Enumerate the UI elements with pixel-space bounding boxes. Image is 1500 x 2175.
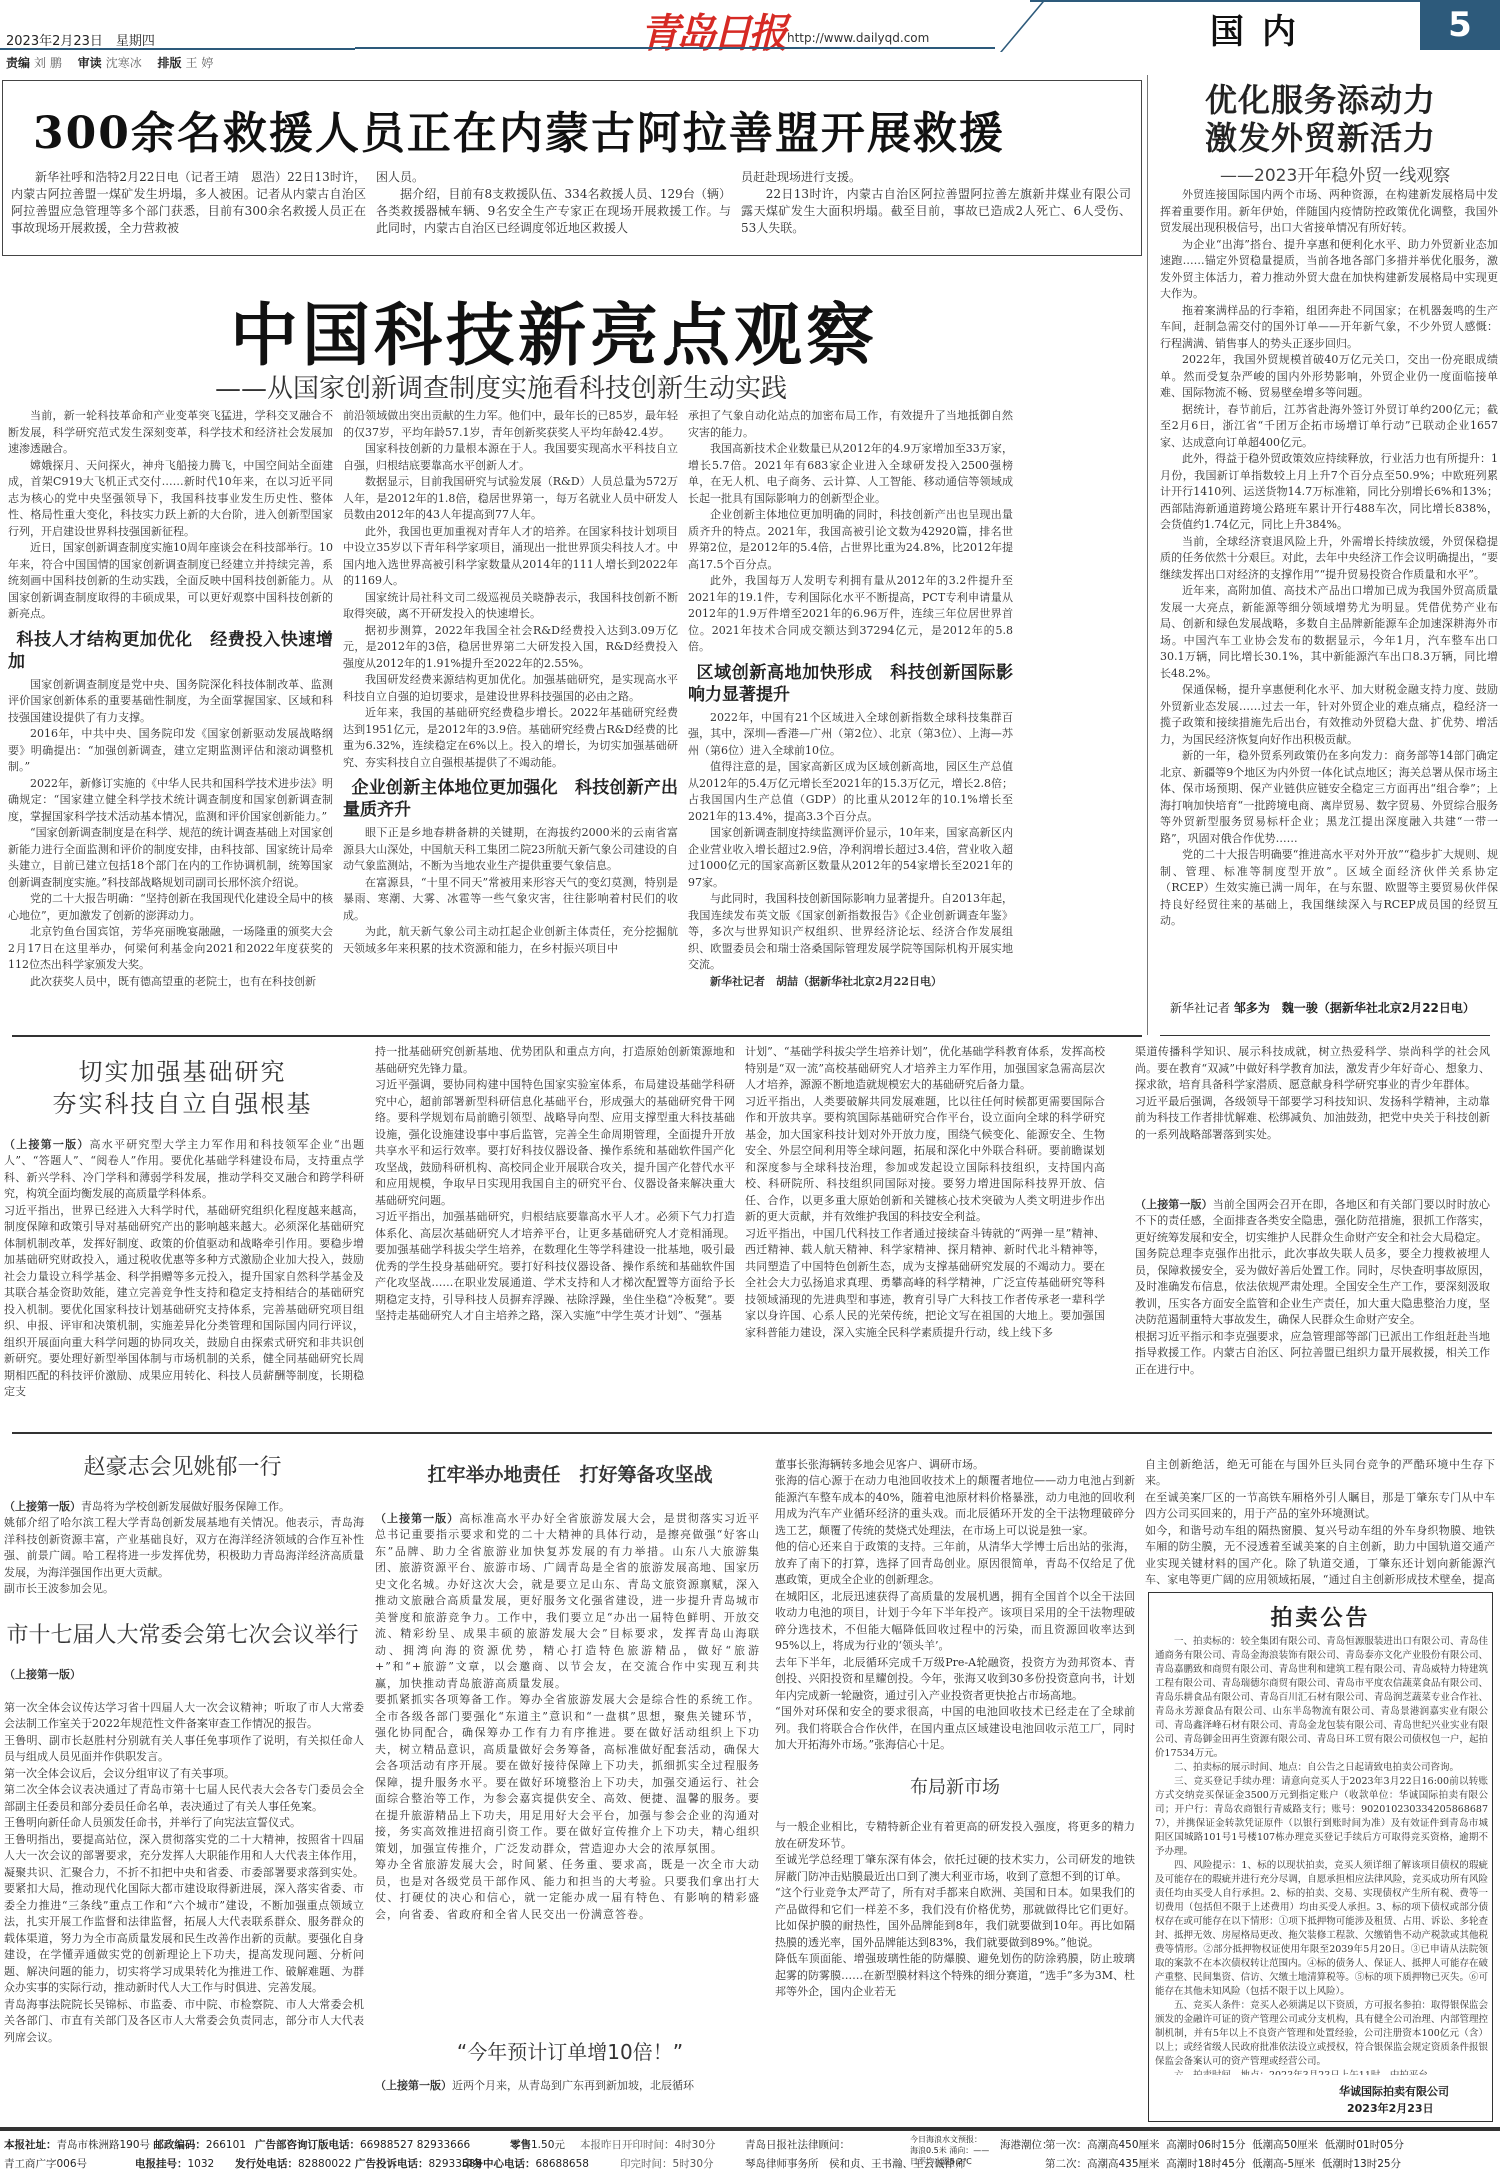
editor-role: 责编 — [6, 56, 30, 70]
masthead-slant-divider — [1000, 0, 1046, 52]
zhao-body: （上接第一版）青岛将为学校创新发展做好服务保障工作。 姚郁介绍了哈尔滨工程大学青… — [4, 1482, 364, 1600]
issue-date: 2023年2月23日 星期四 — [6, 30, 155, 49]
tide-row-1: 第一次：高潮高450厘米 高潮时06时15分 低潮高50厘米 低潮时01时05分 — [1045, 2137, 1404, 2152]
research-col-4: 渠道传播科学知识、展示科技成就，树立热爱科学、崇尚科学的社会风尚。要在教育“双减… — [1135, 1044, 1490, 1154]
trade-headline-line2: 激发外贸新活力 — [1205, 113, 1436, 159]
trade-body: 外贸连接国际国内两个市场、两种资源，在构建新发展格局中发挥着重要作用。新年伊始，… — [1160, 187, 1498, 997]
masthead-top-rule — [1030, 0, 1470, 2]
print-end: 印完时间：5时30分 — [620, 2156, 714, 2171]
editor-credits: 责编刘 鹏 审读沈寒冰 排版王 婷 — [6, 54, 225, 71]
auction-body: 一、拍卖标的：较全集团有限公司、青岛恒源服装进出口有限公司、青岛佳通商务有限公司… — [1155, 1635, 1488, 2075]
layout-name: 王 婷 — [186, 56, 214, 70]
website-url[interactable]: http://www.dailyqd.com — [787, 31, 929, 45]
section-divider — [12, 1035, 1142, 1037]
lawyer-label: 青岛日报社法律顾问： — [745, 2137, 850, 2152]
npc-headline: 市十七届人大常委会第七次会议举行 — [0, 1618, 365, 1649]
editor-name: 刘 鹏 — [34, 56, 62, 70]
print-start: 本报昨日开印时间：4时30分 — [580, 2137, 716, 2152]
proofreader-role: 审读 — [78, 56, 102, 70]
rescue-headline: 300余名救援人员正在内蒙古阿拉善盟开展救援 — [33, 97, 1005, 161]
auction-notice: 拍卖公告 一、拍卖标的：较全集团有限公司、青岛恒源服装进出口有限公司、青岛佳通商… — [1148, 1592, 1493, 2122]
research-headline-line1: 切实加强基础研究 — [0, 1052, 365, 1087]
telegram: 电报挂号：1032 — [135, 2156, 214, 2171]
footer-imprint: 本报社址：青岛市株洲路190号 邮政编码：266101 广告部咨询订版电话：66… — [0, 2127, 1500, 2175]
beichen-col-2: 自主创新绝活，绝无可能在与国外巨头同台竞争的严酷环境中生存下来。 在至诚美案厂区… — [1145, 1440, 1495, 1585]
zhao-article: 赵豪志会见姚郁一行 （上接第一版）青岛将为学校创新发展做好服务保障工作。 姚郁介… — [0, 1440, 365, 1600]
retail-price: 零售1.50元 — [510, 2137, 565, 2152]
page-number: 5 — [1420, 0, 1500, 50]
masthead: 2023年2月23日 星期四 青岛日报 http://www.dailyqd.c… — [0, 0, 1500, 55]
beichen-col-1: 董事长张海辆转多地会见客户、调研市场。 张海的信心源于在动力电池回收技术上的颠覆… — [775, 1440, 1135, 2125]
rescue-col-1: 新华社呼和浩特2月22日电（记者王靖 恩浩）22日13时许，内蒙古阿拉善盟一煤矿… — [11, 169, 366, 249]
column-divider — [1147, 75, 1148, 1035]
newspaper-logo: 青岛日报 — [640, 2, 784, 59]
beichen-subhead: 布局新市场 — [775, 1780, 1135, 1797]
ad-phone: 广告部咨询订版电话：66988527 82933666 — [255, 2137, 470, 2152]
auction-date: 2023年2月23日 — [1347, 2100, 1434, 2116]
orders-article: “今年预计订单增10倍！” （上接第一版）近两个月来，从青岛到广东再到新加坡，北… — [375, 2030, 765, 2125]
rescue-col-3: 员赶赴现场进行支援。 22日13时许，内蒙古自治区阿拉善盟阿拉善左旗新井煤业有限… — [741, 169, 1131, 249]
orders-intro: （上接第一版）近两个月来，从青岛到广东再到新加坡，北辰循环 — [375, 2078, 760, 2118]
tourism-headline: 扛牢举办地责任 打好筹备攻坚战 — [375, 1460, 765, 1487]
masthead-rule — [0, 48, 355, 50]
research-article: 切实加强基础研究 夯实科技自立自强根基 （上接第一版）高水平研究型大学主力军作用… — [0, 1040, 1500, 1425]
address: 本报社址：青岛市株洲路190号 邮政编码：266101 — [4, 2137, 246, 2152]
research-headline-line2: 夯实科技自立自强根基 — [0, 1084, 365, 1119]
zhao-headline: 赵豪志会见姚郁一行 — [0, 1450, 365, 1481]
tourism-article: 扛牢举办地责任 打好筹备攻坚战 （上接第一版）高标准高水平办好全省旅游发展大会，… — [375, 1440, 765, 2000]
tourism-body: （上接第一版）高标准高水平办好全省旅游发展大会，是贯彻落实习近平总书记重要指示要… — [375, 1494, 760, 1994]
tech-subhead-3: 区域创新高地加快形成 科技创新国际影响力显著提升 — [688, 662, 1013, 706]
tech-article: 中国科技新亮点观察 ——从国家创新调查制度实施看科技创新生动实践 当前，新一轮科… — [0, 260, 1140, 1020]
tide-row-2: 第二次：高潮高435厘米 高潮时18时45分 低潮高-5厘米 低潮时13时25分 — [1045, 2156, 1401, 2171]
tech-col-3: 承担了气象自动化站点的加密布局工作，有效提升了当地抵御自然灾害的能力。 我国高新… — [688, 408, 1013, 1018]
tech-headline: 中国科技新亮点观察 — [230, 282, 878, 379]
masthead-rule-2 — [355, 47, 995, 49]
research-col-1: （上接第一版）高水平研究型大学主力军作用和科技领军企业“出题人”、“答题人”、“… — [4, 1120, 364, 1420]
byline-names: 邹多为 魏一骏（据新华社北京2月22日电） — [1234, 1001, 1475, 1015]
tech-subtitle: ——从国家创新调查制度实施看科技创新生动实践 — [215, 368, 787, 405]
research-col-2: 持一批基础研究创新基地、优势团队和重点方向，打造原始创新策源地和基础研究先锋力量… — [375, 1044, 735, 1420]
tech-col-2: 前沿领域做出突出贡献的生力军。他们中，最年长的已85岁，最年轻的仅37岁，平均年… — [343, 408, 678, 1018]
license: 青工商广字006号 — [4, 2156, 87, 2171]
section-divider-2 — [12, 1432, 1492, 1434]
tech-subhead-1: 科技人才结构更加优化 经费投入快速增加 — [8, 629, 333, 673]
auction-title: 拍卖公告 — [1149, 1601, 1492, 1632]
npc-body: （上接第一版） 第一次全体会议传达学习省十四届人大一次会议精神；听取了市人大常委… — [4, 1650, 364, 2120]
tech-subhead-2: 企业创新主体地位更加强化 科技创新产出量质齐升 — [343, 777, 678, 821]
auction-company: 华诚国际拍卖有限公司 — [1339, 2083, 1449, 2099]
print-center-phone: 印务中心电话：68688658 — [462, 2156, 589, 2171]
orders-headline: “今年预计订单增10倍！” — [375, 2036, 765, 2065]
trade-byline: 新华社记者 邹多为 魏一骏（据新华社北京2月22日电） — [1170, 999, 1475, 1016]
trade-article: 优化服务添动力 激发外贸新活力 ——2023开年稳外贸一线观察 外贸连接国际国内… — [1160, 75, 1498, 1035]
tech-col-1: 当前，新一轮科技革命和产业变革突飞猛进，学科交叉融合不断发展，科学研究范式发生深… — [8, 408, 333, 1018]
trade-subtitle: ——2023开年稳外贸一线观察 — [1220, 161, 1450, 186]
layout-role: 排版 — [158, 56, 182, 70]
rescue-col-2: 困人员。 据介绍，目前有8支救援队伍、334名救援人员、129台（辆）各类救援器… — [376, 169, 731, 249]
rescue-followup: （上接第一版）当前全国两会召开在即，各地区和有关部门要以时时放心不下的责任感，全… — [1135, 1180, 1490, 1420]
npc-article: 市十七届人大常委会第七次会议举行 （上接第一版） 第一次全体会议传达学习省十四届… — [0, 1610, 365, 2125]
byline-prefix: 新华社记者 — [1170, 1001, 1230, 1015]
section-name: 国内 — [1210, 4, 1314, 53]
rescue-article: 300余名救援人员正在内蒙古阿拉善盟开展救援 新华社呼和浩特2月22日电（记者王… — [2, 80, 1142, 256]
sea-forecast: 今日海浪水文预报： 海浪0.5米 涌向：—— 日平均水温5.2℃ — [910, 2134, 989, 2167]
section-divider-right — [1160, 1035, 1490, 1036]
research-col-3: 计划”、“基础学科拔尖学生培养计划”，优化基础学科教育体系，发挥高校特别是“双一… — [745, 1044, 1105, 1420]
proofreader-name: 沈寒冰 — [106, 56, 142, 70]
distribution-phone: 发行处电话：82880022 — [235, 2156, 351, 2171]
